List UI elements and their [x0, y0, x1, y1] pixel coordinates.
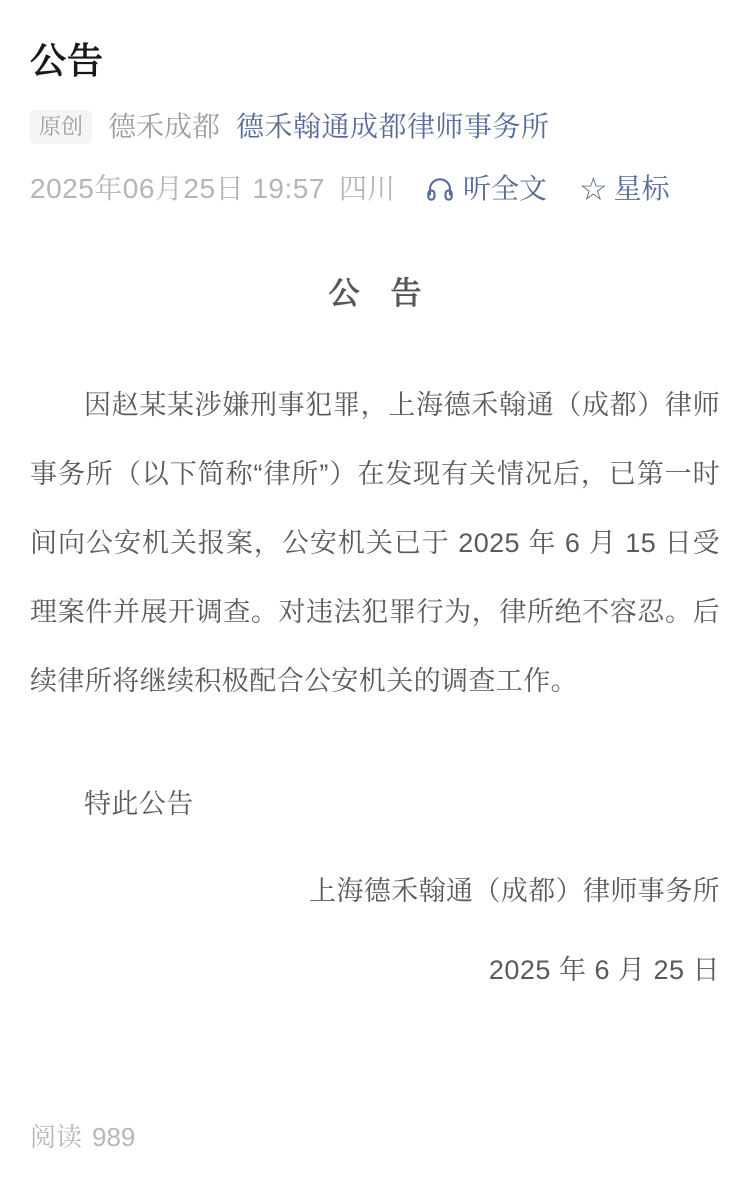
article-title: 公告	[30, 38, 720, 85]
article-meta-row-2: 2025年06月25日 19:57 四川 听全文 ☆ 星标	[30, 171, 720, 207]
read-count: 989	[92, 1121, 135, 1153]
listen-full-text-label: 听全文	[463, 171, 547, 207]
announcement-signature: 上海德禾翰通（成都）律师事务所	[30, 857, 720, 926]
publish-date: 2025年06月25日 19:57	[30, 171, 325, 207]
announcement-heading: 公 告	[30, 259, 720, 328]
announcement-closing: 特此公告	[30, 770, 720, 839]
announcement-date: 2025 年 6 月 25 日	[30, 936, 720, 1005]
announcement-paragraph: 因赵某某涉嫌刑事犯罪，上海德禾翰通（成都）律师事务所（以下简称“律所”）在发现有…	[30, 371, 720, 716]
read-label: 阅读	[30, 1121, 82, 1153]
author-name: 德禾成都	[108, 109, 220, 145]
publish-location: 四川	[339, 171, 395, 207]
listen-full-text-button[interactable]: 听全文	[425, 171, 547, 207]
article-page: 公告 原创 德禾成都 德禾翰通成都律师事务所 2025年06月25日 19:57…	[0, 38, 750, 1153]
original-badge[interactable]: 原创	[30, 110, 92, 144]
star-icon: ☆	[579, 174, 608, 204]
headphones-icon	[425, 174, 455, 204]
star-label: 星标	[614, 171, 670, 207]
star-button[interactable]: ☆ 星标	[579, 171, 670, 207]
read-count-row: 阅读 989	[30, 1121, 720, 1153]
account-name-link[interactable]: 德禾翰通成都律师事务所	[236, 109, 550, 145]
article-meta-row: 原创 德禾成都 德禾翰通成都律师事务所	[30, 109, 720, 145]
